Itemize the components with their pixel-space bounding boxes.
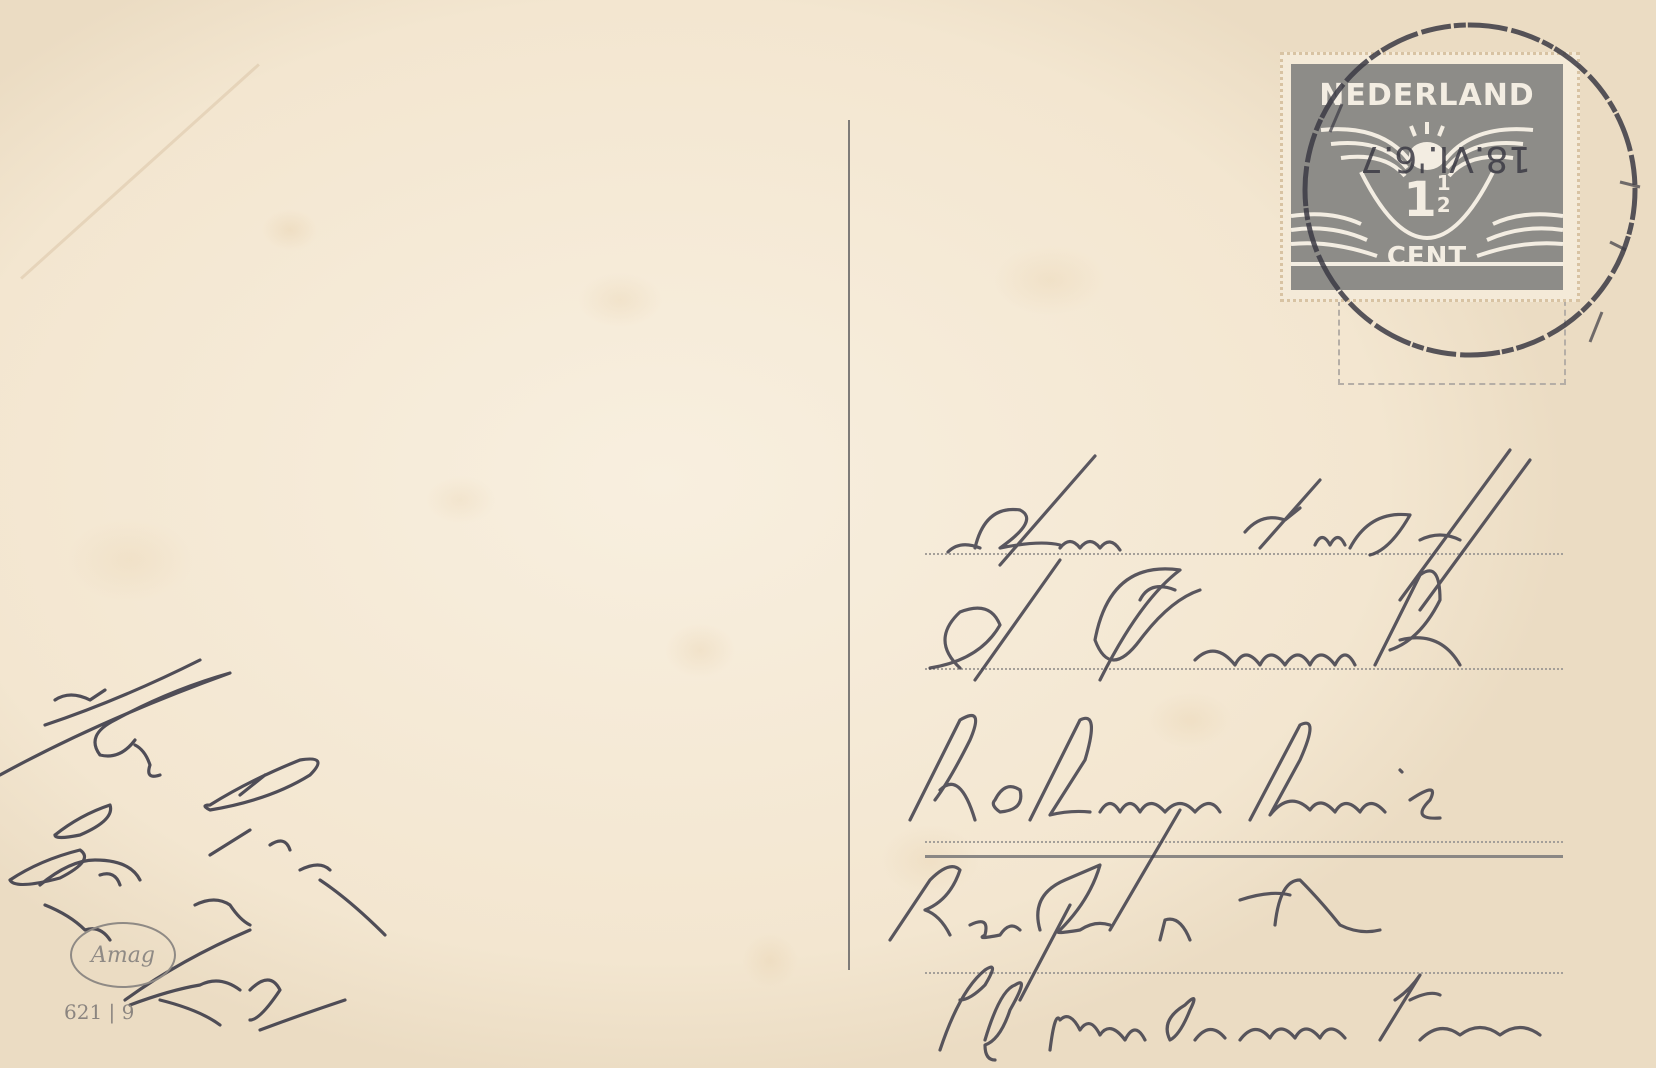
print-number: 621 | 9 [64, 1000, 134, 1024]
handwriting-message [0, 0, 1656, 1068]
postcard-back: NEDERLAND 112 CENT 18.VI.'6.7 [0, 0, 1656, 1068]
publisher-logo: Amag [70, 922, 176, 988]
